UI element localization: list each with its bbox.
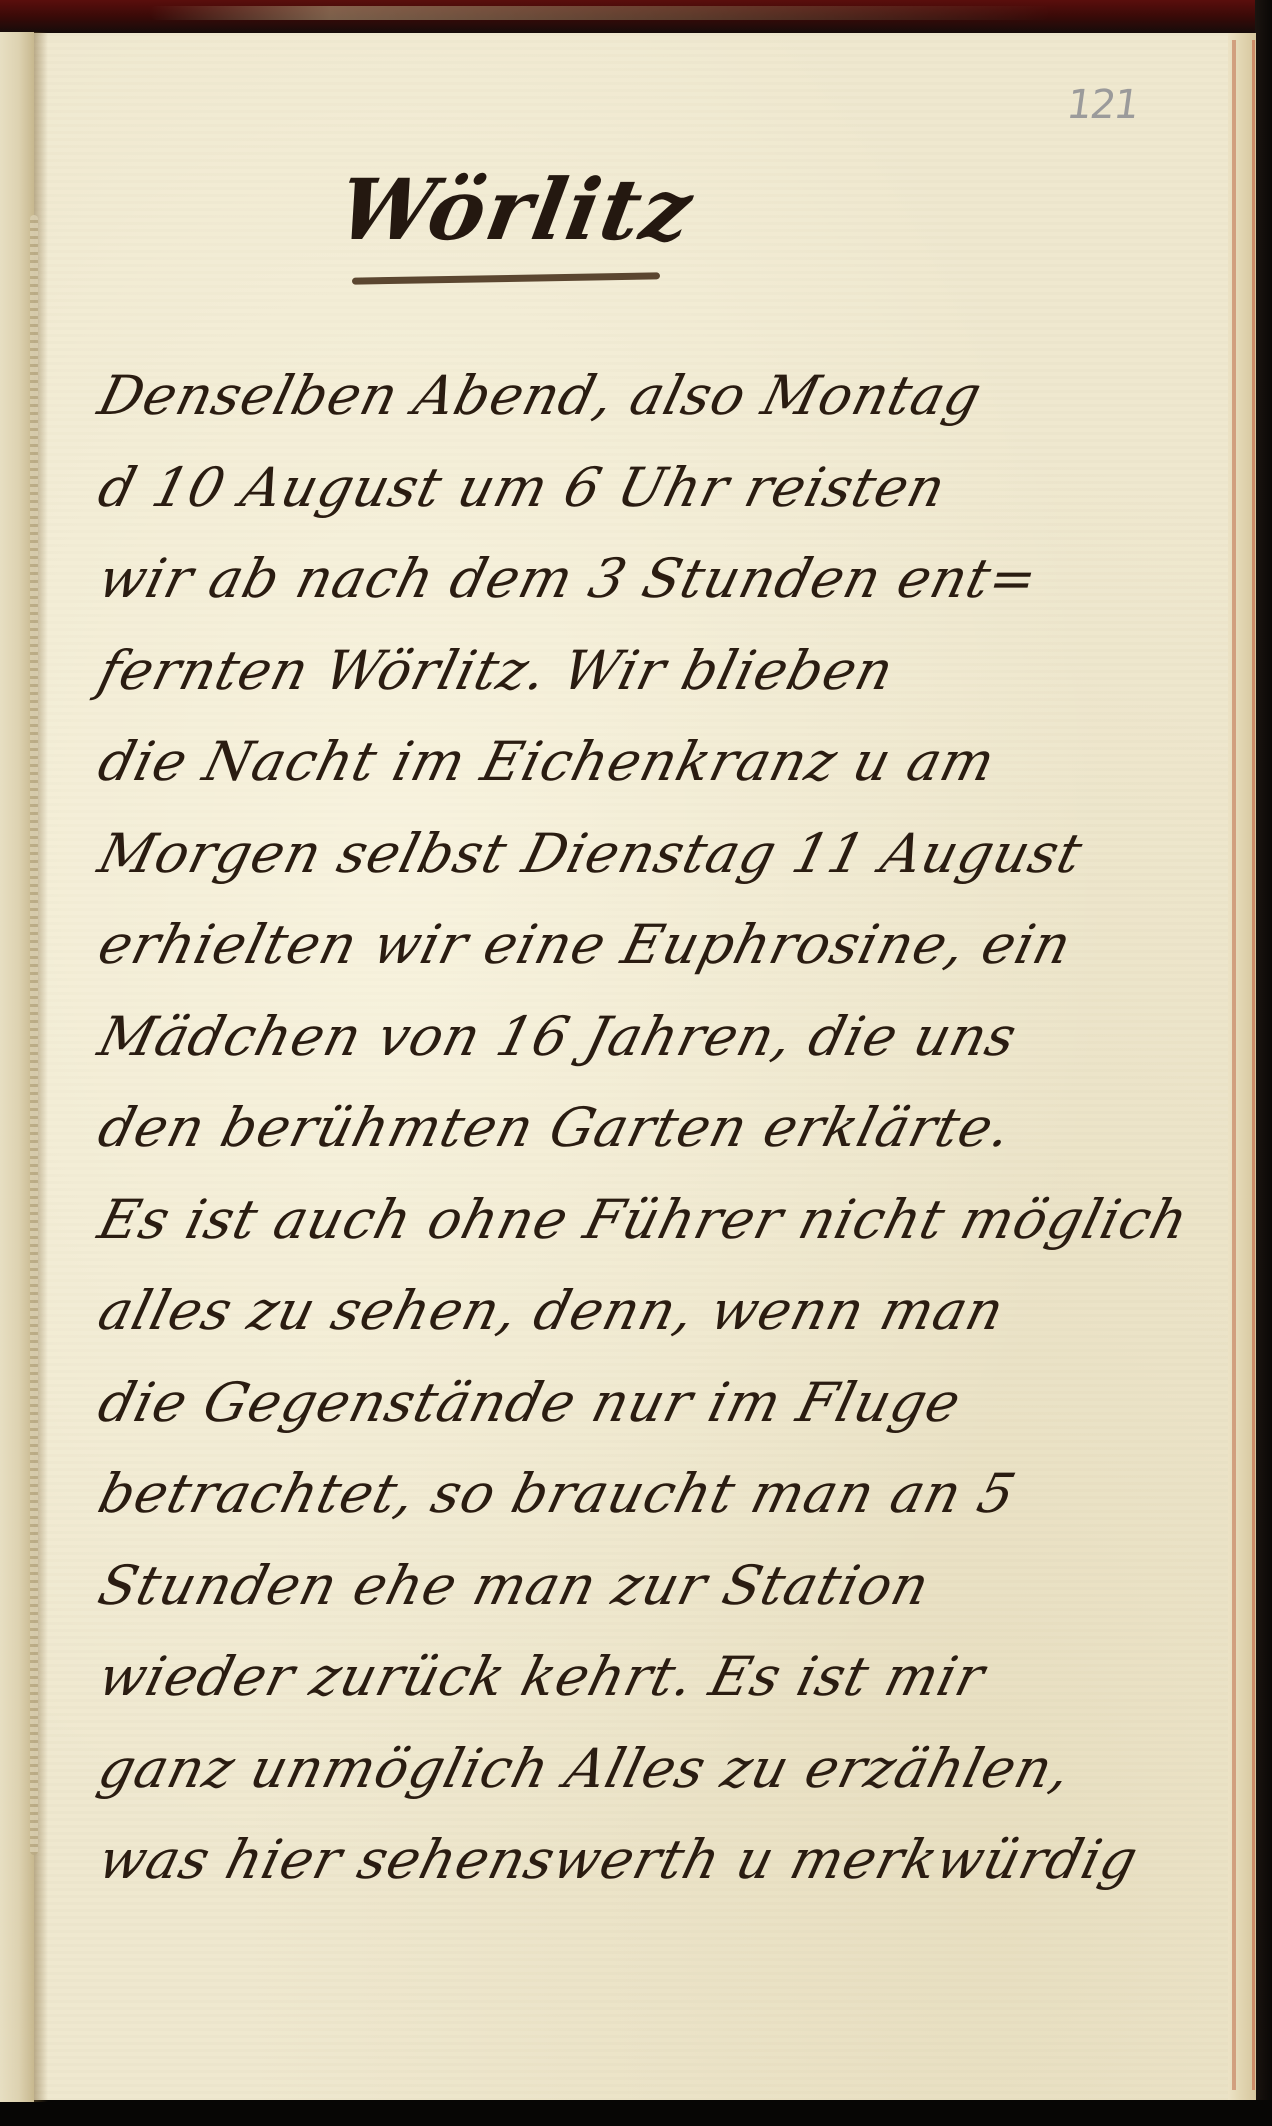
- text-line: wieder zurück kehrt. Es ist mir: [89, 1631, 1192, 1723]
- text-line: ganz unmöglich Alles zu erzählen,: [89, 1723, 1192, 1815]
- binding-thread: [30, 215, 38, 1855]
- text-line: was hier sehenswerth u merkwürdig: [89, 1814, 1192, 1906]
- book-cover-bottom: [0, 2100, 1272, 2126]
- text-line: fernten Wörlitz. Wir blieben: [89, 625, 1192, 717]
- handwritten-text: Denselben Abend, also Montag d 10 August…: [100, 350, 1180, 1906]
- text-line: Stunden ehe man zur Station: [89, 1540, 1192, 1632]
- text-line: die Nacht im Eichenkranz u am: [89, 716, 1192, 808]
- text-line: den berühmten Garten erklärte.: [89, 1082, 1192, 1174]
- red-edge-line-outer: [1252, 40, 1255, 2090]
- text-line: Morgen selbst Dienstag 11 August: [89, 808, 1192, 900]
- book-cover-top: [0, 0, 1272, 36]
- text-line: alles zu sehen, denn, wenn man: [89, 1265, 1192, 1357]
- text-line: wir ab nach dem 3 Stunden ent=: [89, 533, 1192, 625]
- book-cover-right: [1255, 0, 1272, 2126]
- text-line: Denselben Abend, also Montag: [89, 350, 1192, 442]
- page-heading: Wörlitz: [331, 160, 701, 259]
- text-line: Es ist auch ohne Führer nicht möglich: [89, 1174, 1192, 1266]
- text-line: betrachtet, so braucht man an 5: [89, 1448, 1192, 1540]
- text-line: d 10 August um 6 Uhr reisten: [89, 442, 1192, 534]
- text-line: Mädchen von 16 Jahren, die uns: [89, 991, 1192, 1083]
- red-edge-line: [1232, 40, 1236, 2090]
- text-line: erhielten wir eine Euphrosine, ein: [89, 899, 1192, 991]
- facing-page-edge: [0, 32, 34, 2102]
- page-number: 121: [1064, 82, 1141, 128]
- text-line: die Gegenstände nur im Fluge: [89, 1357, 1192, 1449]
